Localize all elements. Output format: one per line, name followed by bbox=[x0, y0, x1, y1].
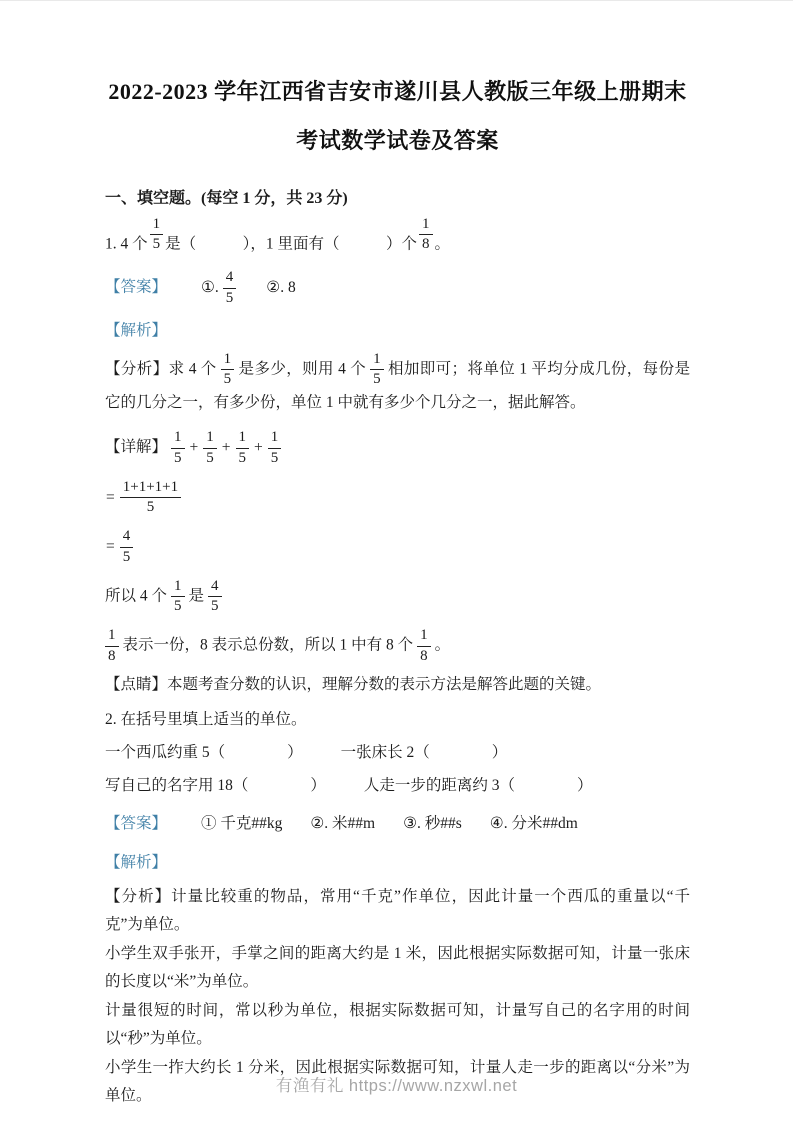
fraction-1-8: 18 bbox=[105, 627, 119, 665]
plus-sign: + bbox=[254, 439, 263, 456]
fraction-1-5: 15 bbox=[268, 429, 282, 467]
fraction-1-5: 15 bbox=[171, 578, 185, 616]
fraction-1-5: 15 bbox=[370, 351, 384, 389]
equals-sign: = bbox=[106, 538, 115, 555]
exam-document-page: 2022-2023 学年江西省吉安市遂川县人教版三年级上册期末 考试数学试卷及答… bbox=[0, 0, 793, 1122]
q1-stem-middle: 是（ ），1 里面有（ ）个 bbox=[165, 235, 417, 252]
q2-analysis-para2: 小学生双手张开，手掌之间的距离大约是 1 米，因此根据实际数据可知，计量一张床的… bbox=[105, 940, 690, 997]
q2-blanks-line2: 写自己的名字用 18（ ）人走一步的距离约 3（ ） bbox=[105, 773, 690, 799]
q1-stem-prefix: 1. 4 个 bbox=[105, 235, 148, 252]
document-content: 2022-2023 学年江西省吉安市遂川县人教版三年级上册期末 考试数学试卷及答… bbox=[0, 1, 793, 1111]
q1-detail-equation: 【详解】15+15+15+15 bbox=[105, 429, 690, 467]
q1-explain-text: 表示一份，8 表示总份数，所以 1 中有 8 个 bbox=[123, 637, 414, 654]
fenxi-label: 【分析】 bbox=[105, 360, 169, 377]
fraction-1-5: 15 bbox=[203, 429, 217, 467]
q2-blank-name: 写自己的名字用 18（ ） bbox=[105, 777, 326, 794]
q2-jiexi-line: 【解析】 bbox=[105, 851, 690, 875]
page-title-line2: 考试数学试卷及答案 bbox=[296, 128, 499, 153]
q1-analysis-t2: 是多少，则用 4 个 bbox=[238, 360, 366, 377]
q2-blank-bed: 一张床长 2（ ） bbox=[341, 744, 508, 761]
q1-jiexi-line: 【解析】 bbox=[105, 319, 690, 343]
q1-answer-item1-no: ①. bbox=[201, 279, 219, 296]
q2-answer-item2: ②. 米##m bbox=[310, 815, 375, 832]
q1-analysis-paragraph: 【分析】求 4 个15是多少，则用 4 个15相加即可；将单位 1 平均分成几份… bbox=[105, 351, 690, 418]
q2-answer-item4: ④. 分米##dm bbox=[490, 815, 578, 832]
q2-blank-watermelon: 一个西瓜约重 5（ ） bbox=[105, 744, 303, 761]
fraction-1-5: 15 bbox=[150, 216, 164, 254]
fraction-1-5: 15 bbox=[236, 429, 250, 467]
q1-dianjing: 【点睛】本题考查分数的认识，理解分数的表示方法是解答此题的关键。 bbox=[105, 673, 690, 697]
fraction-4-5: 45 bbox=[208, 578, 222, 616]
q1-equation-step2: =1+1+1+15 bbox=[105, 479, 690, 517]
fraction-1-5: 15 bbox=[171, 429, 185, 467]
q1-conclusion-t1: 所以 4 个 bbox=[105, 587, 167, 604]
jiexi-label: 【解析】 bbox=[105, 322, 167, 339]
q1-analysis-t1: 求 4 个 bbox=[169, 360, 217, 377]
fraction-sum-over-5: 1+1+1+15 bbox=[120, 479, 181, 517]
fraction-1-8: 18 bbox=[419, 216, 433, 254]
q2-answer-row: 【答案】① 千克##kg②. 米##m③. 秒##s④. 分米##dm bbox=[105, 813, 690, 835]
q1-explain-one-eighth: 18表示一份，8 表示总份数，所以 1 中有 8 个18。 bbox=[105, 627, 690, 665]
q1-conclusion: 所以 4 个15是45 bbox=[105, 578, 690, 616]
q2-analysis-para3: 计量很短的时间，常以秒为单位，根据实际数据可知，计量写自己的名字用的时间以“秒”… bbox=[105, 997, 690, 1054]
q1-answer-item2: ②. 8 bbox=[266, 279, 295, 296]
q1-answer-row: 【答案】①.45②. 8 bbox=[105, 269, 690, 307]
site-footer: 有渔有礼 https://www.nzxwl.net bbox=[0, 1072, 793, 1096]
xiangjie-label: 【详解】 bbox=[105, 439, 167, 456]
jiexi-label: 【解析】 bbox=[105, 854, 167, 871]
footer-watermark-text: 有渔有礼 https://www.nzxwl.net bbox=[276, 1077, 517, 1095]
fraction-1-8: 18 bbox=[417, 627, 431, 665]
q1-equation-step3: =45 bbox=[105, 528, 690, 566]
answer-label: 【答案】 bbox=[105, 279, 167, 296]
q1-stem-end: 。 bbox=[435, 235, 451, 252]
plus-sign: + bbox=[190, 439, 199, 456]
fraction-4-5: 45 bbox=[223, 269, 237, 307]
q1-conclusion-t2: 是 bbox=[189, 587, 205, 604]
q2-answer-item3: ③. 秒##s bbox=[403, 815, 462, 832]
fraction-1-5: 15 bbox=[221, 351, 235, 389]
question-2-stem: 2. 在括号里填上适当的单位。 bbox=[105, 707, 690, 733]
q2-analysis-para1: 【分析】计量比较重的物品，常用“千克”作单位，因此计量一个西瓜的重量以“千克”为… bbox=[105, 883, 690, 940]
answer-label: 【答案】 bbox=[105, 815, 167, 832]
q2-blank-step: 人走一步的距离约 3（ ） bbox=[364, 777, 593, 794]
fraction-4-5: 45 bbox=[120, 528, 134, 566]
plus-sign: + bbox=[222, 439, 231, 456]
q2-blanks-line1: 一个西瓜约重 5（ ）一张床长 2（ ） bbox=[105, 740, 690, 766]
page-title: 2022-2023 学年江西省吉安市遂川县人教版三年级上册期末 考试数学试卷及答… bbox=[105, 67, 690, 165]
page-title-line1: 2022-2023 学年江西省吉安市遂川县人教版三年级上册期末 bbox=[108, 79, 686, 104]
section-heading: 一、填空题。(每空 1 分，共 23 分) bbox=[105, 185, 690, 208]
question-1-stem: 1. 4 个15是（ ），1 里面有（ ）个18。 bbox=[105, 216, 690, 255]
q1-explain-end: 。 bbox=[435, 637, 451, 654]
equals-sign: = bbox=[106, 489, 115, 506]
q2-answer-item1: ① 千克##kg bbox=[201, 815, 282, 832]
